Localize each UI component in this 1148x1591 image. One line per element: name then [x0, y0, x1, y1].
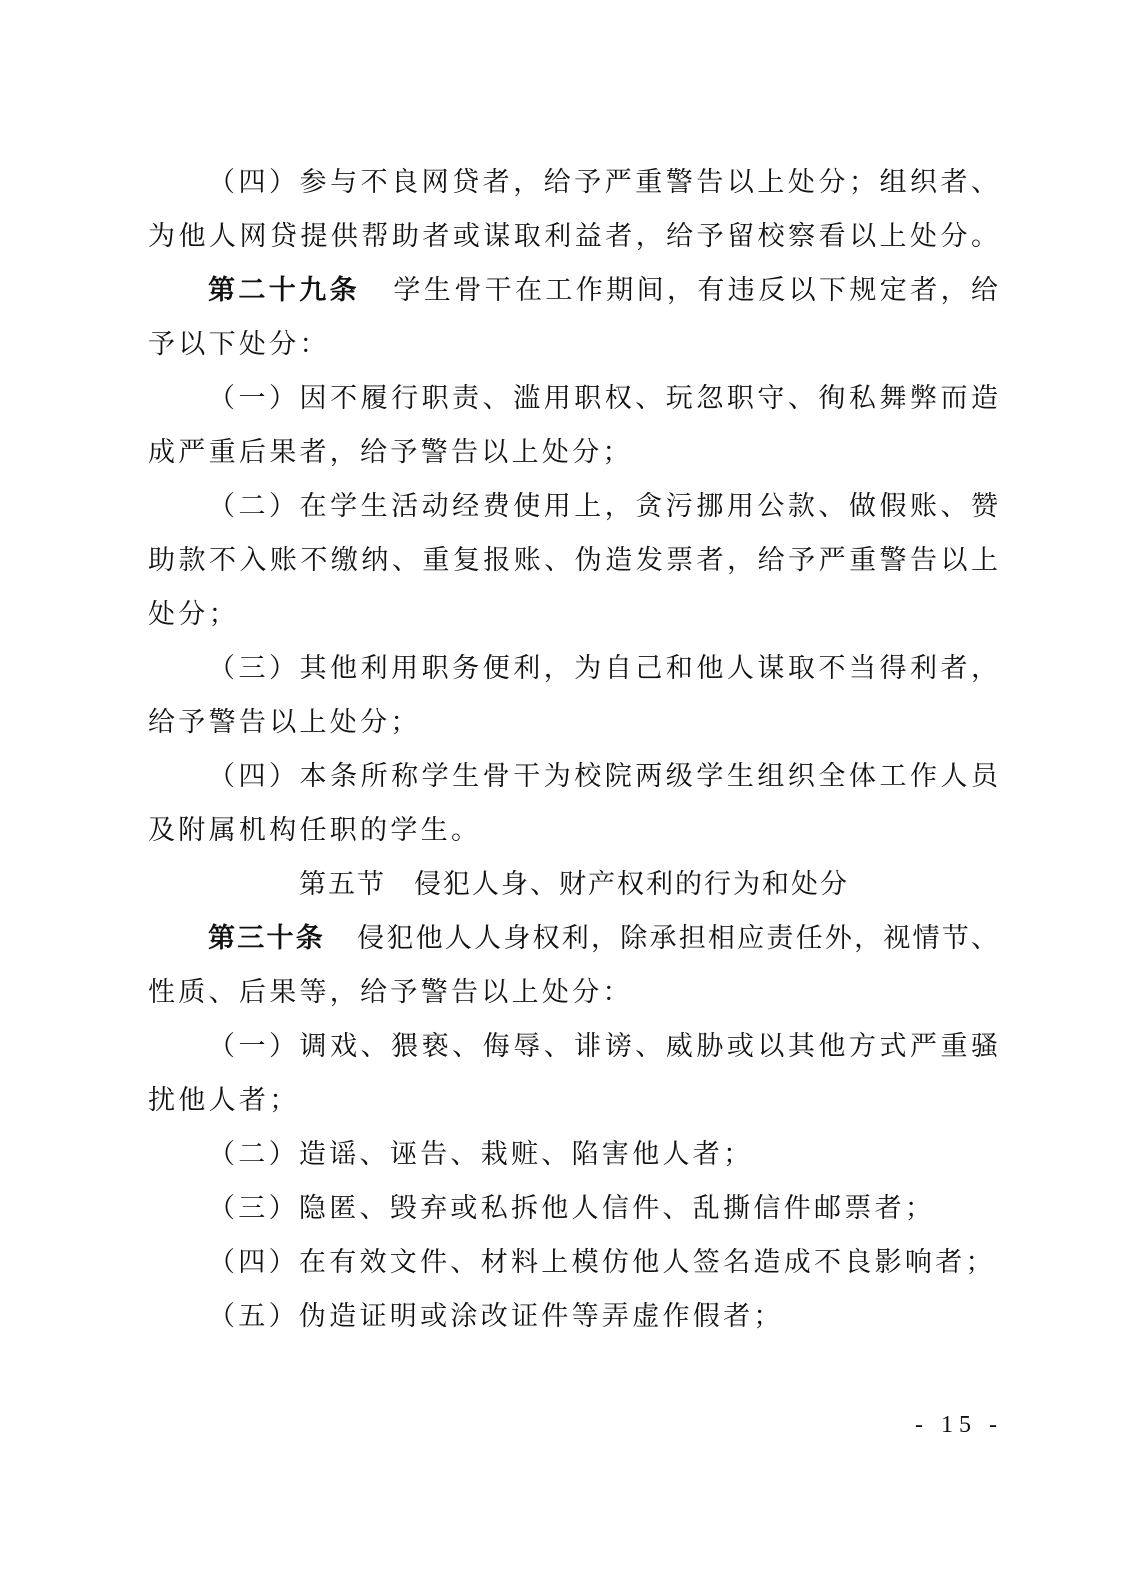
text-line: （三）隐匿、毁弃或私拆他人信件、乱撕信件邮票者； [208, 1182, 998, 1236]
article-label: 第三十条 [208, 923, 325, 954]
text-line: （四）参与不良网贷者，给予严重警告以上处分；组织者、 [208, 156, 998, 210]
text-line: 助款不入账不缴纳、重复报账、伪造发票者，给予严重警告以上 [148, 534, 998, 588]
section-heading: 第五节侵犯人身、财产权利的行为和处分 [0, 858, 1148, 912]
article-label: 第二十九条 [208, 275, 360, 306]
article-text: 侵犯他人人身权利，除承担相应责任外，视情节、 [355, 923, 998, 954]
text-line: 予以下处分： [148, 318, 998, 372]
article-29-line: 第二十九条学生骨干在工作期间，有违反以下规定者，给 [208, 264, 998, 318]
article-30-line: 第三十条侵犯他人人身权利，除承担相应责任外，视情节、 [208, 912, 998, 966]
text-line: （五）伪造证明或涂改证件等弄虚作假者； [208, 1290, 998, 1344]
text-line: 性质、后果等，给予警告以上处分： [148, 966, 998, 1020]
text-line: （一）调戏、猥亵、侮辱、诽谤、威胁或以其他方式严重骚 [208, 1020, 998, 1074]
section-title: 侵犯人身、财产权利的行为和处分 [414, 869, 849, 900]
text-line: （四）本条所称学生骨干为校院两级学生组织全体工作人员 [208, 750, 998, 804]
text-line: 及附属机构任职的学生。 [148, 804, 998, 858]
text-line: 处分； [148, 588, 998, 642]
text-line: 扰他人者； [148, 1074, 998, 1128]
page-number: - 15 - [915, 1412, 1003, 1439]
article-text: 学生骨干在工作期间，有违反以下规定者，给 [390, 275, 998, 306]
text-line: （一）因不履行职责、滥用职权、玩忽职守、徇私舞弊而造 [208, 372, 998, 426]
text-line: （三）其他利用职务便利，为自己和他人谋取不当得利者， [208, 642, 998, 696]
section-label: 第五节 [299, 869, 386, 900]
text-line: （二）在学生活动经费使用上，贪污挪用公款、做假账、赞 [208, 480, 998, 534]
text-line: 给予警告以上处分； [148, 696, 998, 750]
text-line: （四）在有效文件、材料上模仿他人签名造成不良影响者； [208, 1236, 998, 1290]
text-line: 成严重后果者，给予警告以上处分； [148, 426, 998, 480]
text-line: 为他人网贷提供帮助者或谋取利益者，给予留校察看以上处分。 [148, 210, 998, 264]
document-page: （四）参与不良网贷者，给予严重警告以上处分；组织者、 为他人网贷提供帮助者或谋取… [0, 0, 1148, 1591]
text-line: （二）造谣、诬告、栽赃、陷害他人者； [208, 1128, 998, 1182]
